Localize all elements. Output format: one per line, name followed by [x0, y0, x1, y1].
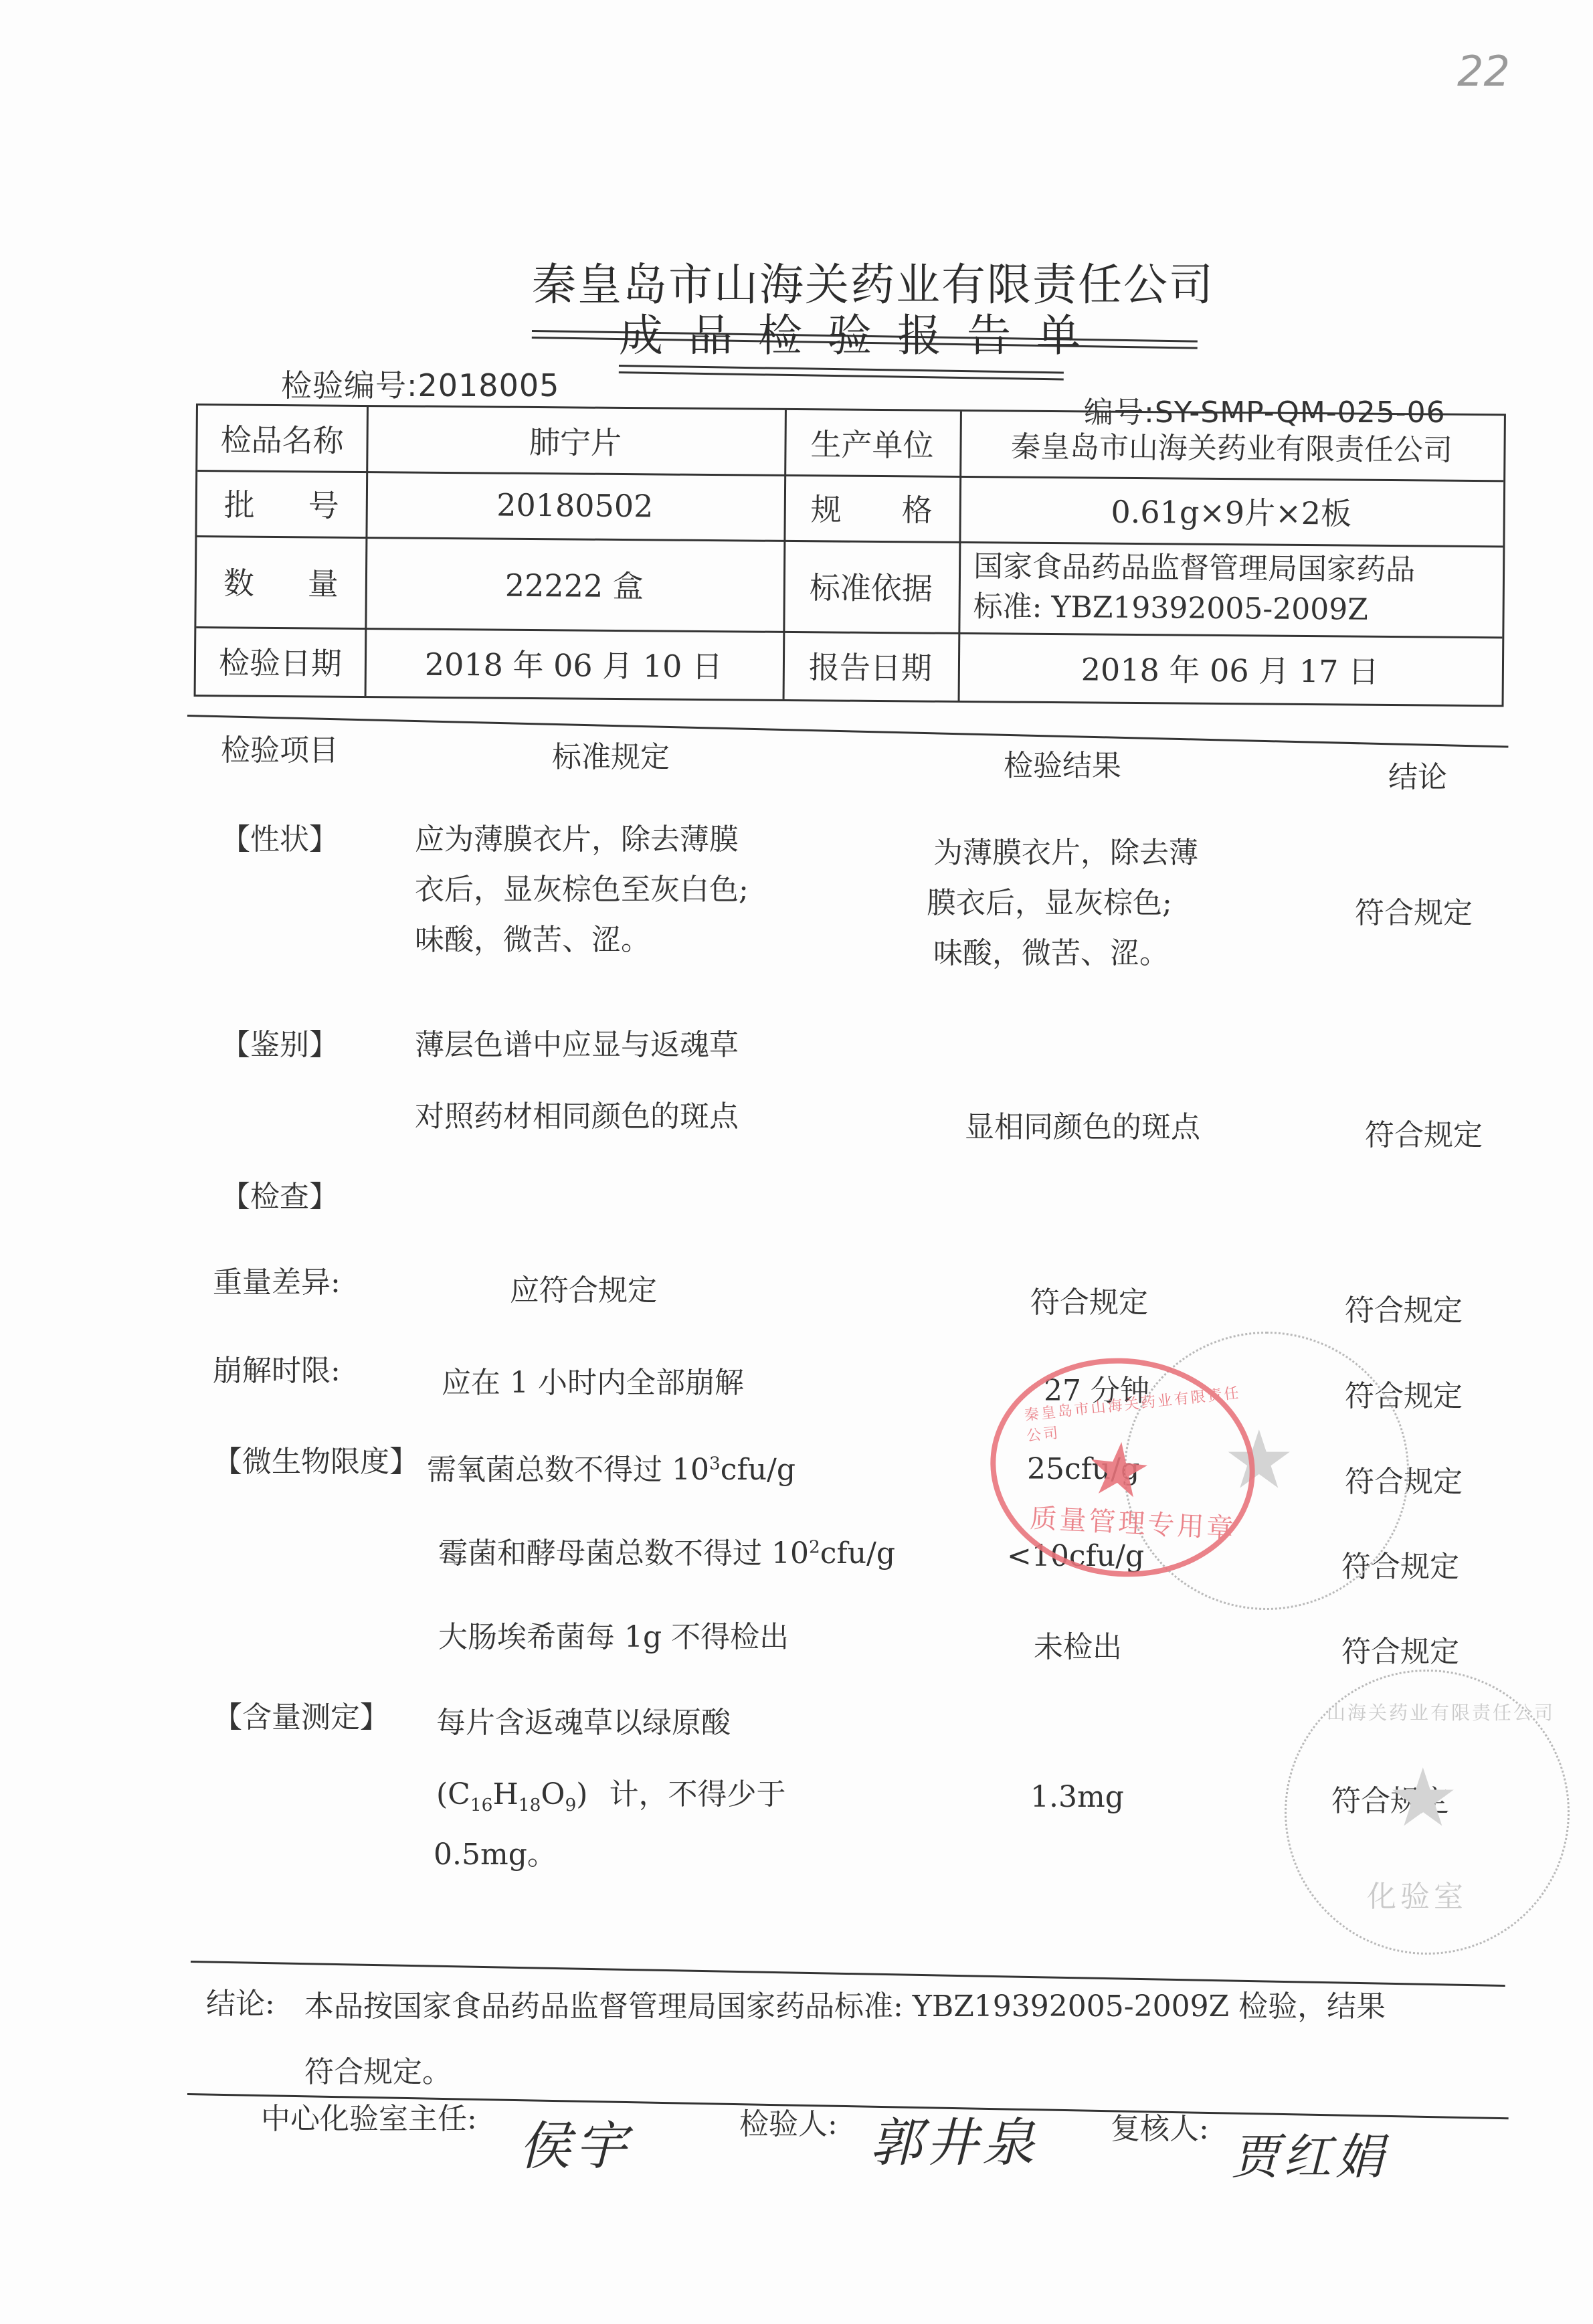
weight-variation-conclusion: 符合规定 — [1345, 1286, 1463, 1329]
assay-standard-formula: (C16H18O9) 计，不得少于 — [436, 1770, 785, 1815]
formula-h: H — [492, 1777, 518, 1811]
report-title-underline — [619, 365, 1064, 380]
appearance-standard-line2: 衣后，显灰棕色至灰白色; — [415, 865, 749, 908]
col-header-standard: 标准规定 — [552, 733, 670, 776]
microbial-conclusion-ecoli: 符合规定 — [1341, 1627, 1459, 1670]
label-inspection-date: 检验日期 — [196, 626, 365, 696]
appearance-result-line2: 膜衣后，显灰棕色; — [927, 879, 1172, 921]
label-manufacturer: 生产单位 — [784, 410, 960, 476]
value-report-date: 2018 年 06 月 17 日 — [958, 632, 1503, 705]
reviewer-label: 复核人: — [1111, 2105, 1209, 2147]
inspector-signature: 郭井泉 — [870, 2101, 1038, 2176]
disintegration-standard: 应在 1 小时内全部崩解 — [442, 1358, 744, 1401]
value-batch-no: 20180502 — [365, 471, 784, 540]
label-batch-no-char-2: 号 — [308, 481, 340, 525]
page-number: 22 — [1457, 47, 1510, 96]
identification-standard-line1: 薄层色谱中应显与返魂草 — [415, 1020, 739, 1063]
assay-result: 1.3mg — [1030, 1780, 1124, 1814]
inspector-label: 检验人: — [739, 2100, 838, 2143]
formula-c: C — [448, 1777, 470, 1811]
value-product-name: 肺宁片 — [366, 407, 785, 474]
col-header-conclusion: 结论 — [1388, 753, 1447, 796]
disintegration-label: 崩解时限: — [213, 1346, 341, 1389]
section-label-assay: 【含量测定】 — [213, 1693, 389, 1736]
formula-tail: 计，不得少于 — [609, 1777, 785, 1811]
reviewer-signature: 贾红娟 — [1231, 2118, 1388, 2187]
section-label-microbial: 【微生物限度】 — [213, 1437, 419, 1480]
label-specification-char-2: 格 — [902, 486, 933, 530]
microbial-standard-aerobic: 需氧菌总数不得过 103cfu/g — [427, 1445, 795, 1488]
microbial-mold-text: 霉菌和酵母菌总数不得过 10 — [438, 1536, 809, 1571]
inspection-number: 检验编号:2018005 — [281, 361, 559, 406]
director-signature: 侯宇 — [519, 2105, 631, 2179]
section-label-identification: 【鉴别】 — [221, 1020, 339, 1063]
microbial-aerobic-text: 需氧菌总数不得过 10 — [427, 1453, 709, 1487]
appearance-conclusion: 符合规定 — [1355, 889, 1473, 931]
value-standard-basis-line1: 国家食品药品监督管理局国家药品 — [973, 547, 1415, 590]
star-icon: ★ — [1387, 1752, 1459, 1845]
microbial-aerobic-unit: cfu/g — [721, 1453, 795, 1487]
label-quantity: 数 量 — [196, 535, 365, 628]
label-product-name: 检品名称 — [197, 406, 367, 471]
appearance-standard-line1: 应为薄膜衣片，除去薄膜 — [415, 815, 739, 858]
label-report-date: 报告日期 — [783, 631, 959, 701]
formula-open: ( — [436, 1777, 448, 1811]
label-specification-char-1: 规 — [811, 485, 842, 529]
microbial-mold-exp: 2 — [809, 1536, 820, 1557]
weight-variation-result: 符合规定 — [1030, 1278, 1148, 1321]
formula-c-count: 16 — [470, 1795, 493, 1815]
microbial-aerobic-exp: 3 — [709, 1453, 721, 1473]
label-quantity-char-1: 数 — [223, 559, 255, 603]
lab-stamp: ★ 化验室 山海关药业有限责任公司 — [1285, 1670, 1570, 1955]
assay-standard-line1: 每片含返魂草以绿原酸 — [436, 1698, 731, 1741]
value-specification: 0.61g×9片×2板 — [959, 476, 1503, 545]
section-label-inspection: 【检查】 — [221, 1172, 339, 1215]
appearance-result-line3: 味酸，微苦、涩。 — [933, 929, 1169, 972]
value-manufacturer: 秦皇岛市山海关药业有限责任公司 — [959, 412, 1504, 480]
weight-variation-label: 重量差异: — [213, 1258, 341, 1301]
label-batch-no: 批 号 — [197, 470, 366, 537]
section-label-appearance: 【性状】 — [221, 815, 339, 858]
formula-h-count: 18 — [519, 1795, 541, 1815]
lab-stamp-bottom-text: 化验室 — [1367, 1872, 1467, 1915]
assay-standard-line3: 0.5mg。 — [434, 1830, 557, 1873]
value-standard-basis-line2: 标准: YBZ19392005-2009Z — [973, 587, 1368, 630]
info-table: 检品名称 肺宁片 生产单位 秦皇岛市山海关药业有限责任公司 批 号 201805… — [194, 404, 1506, 707]
inspection-number-label: 检验编号: — [281, 367, 418, 404]
formula-o-count: 9 — [565, 1795, 576, 1815]
col-header-item: 检验项目 — [221, 726, 339, 769]
appearance-result-line1: 为薄膜衣片，除去薄 — [933, 828, 1198, 871]
label-quantity-char-2: 量 — [308, 559, 339, 604]
conclusion-text-line2: 符合规定。 — [304, 2048, 452, 2090]
inspection-number-value: 2018005 — [418, 367, 560, 404]
value-quantity: 22222 盒 — [365, 537, 783, 631]
value-standard-basis: 国家食品药品监督管理局国家药品 标准: YBZ19392005-2009Z — [958, 541, 1503, 636]
microbial-result-ecoli: 未检出 — [1034, 1623, 1122, 1666]
microbial-standard-ecoli: 大肠埃希菌每 1g 不得检出 — [438, 1613, 789, 1656]
identification-conclusion: 符合规定 — [1365, 1111, 1483, 1154]
formula-close: ) — [576, 1777, 587, 1811]
label-specification: 规 格 — [783, 474, 959, 541]
formula-o: O — [541, 1777, 565, 1811]
conclusion-label: 结论: — [206, 1979, 275, 2022]
conclusion-text-line1: 本品按国家食品药品监督管理局国家药品标准: YBZ19392005-2009Z … — [304, 1982, 1386, 2025]
value-inspection-date: 2018 年 06 月 10 日 — [365, 628, 783, 699]
identification-standard-line2: 对照药材相同颜色的斑点 — [415, 1092, 739, 1135]
label-batch-no-char-1: 批 — [224, 480, 256, 525]
identification-result: 显相同颜色的斑点 — [965, 1103, 1200, 1146]
label-standard-basis: 标准依据 — [783, 540, 959, 632]
appearance-standard-line3: 味酸，微苦、涩。 — [415, 915, 650, 958]
col-header-result: 检验结果 — [1004, 741, 1121, 784]
director-label: 中心化验室主任: — [261, 2094, 477, 2137]
microbial-standard-mold: 霉菌和酵母菌总数不得过 102cfu/g — [438, 1529, 895, 1572]
stamp-center-text: 质量管理专用章 — [1029, 1497, 1237, 1546]
weight-variation-standard: 应符合规定 — [510, 1266, 657, 1309]
results-header-divider — [187, 715, 1509, 748]
lab-stamp-arc-text: 山海关药业有限责任公司 — [1327, 1698, 1555, 1725]
microbial-mold-unit: cfu/g — [820, 1536, 895, 1571]
report-title: 成品检验报告单 — [619, 300, 1106, 363]
